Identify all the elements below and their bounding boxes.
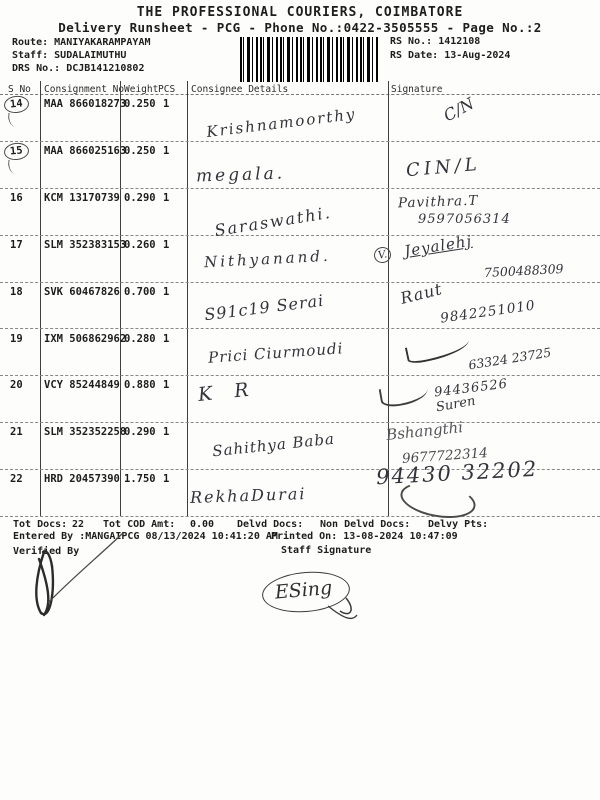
pcs-value: 1 <box>163 145 169 157</box>
signature-handwriting: 7500488309 <box>484 261 564 280</box>
consignment-number: HRD 20457390 <box>44 473 120 485</box>
weight-value: 0.280 <box>124 333 156 345</box>
entered-by-line: Entered By :MANGAIPCG 08/13/2024 10:41:2… <box>13 531 278 542</box>
weight-value: 0.880 <box>124 379 156 391</box>
consignment-number: MAA 866018273 <box>44 98 126 110</box>
consignment-number: SLM 352383153 <box>44 239 126 251</box>
pcs-value: 1 <box>163 98 169 110</box>
pcs-value: 1 <box>163 192 169 204</box>
serial-number: 18 <box>10 286 23 298</box>
pcs-value: 1 <box>163 473 169 485</box>
consignment-number: SVK 60467826 <box>44 286 120 298</box>
drs-line: DRS No.: DCJB141210802 <box>12 63 144 74</box>
staff-signature-handwriting: ESing <box>274 577 333 604</box>
signature-handwriting: Jeyalehj <box>403 231 473 259</box>
consignee-handwriting: RekhaDurai <box>190 484 307 507</box>
rs-date-line: RS Date: 13-Aug-2024 <box>390 50 510 61</box>
rs-no-value: 1412108 <box>438 36 480 47</box>
weight-value: 0.290 <box>124 192 156 204</box>
consignment-number: VCY 85244849 <box>44 379 120 391</box>
serial-number: 19 <box>10 333 23 345</box>
consignment-number: SLM 352352258 <box>44 426 126 438</box>
serial-number: 15 <box>3 142 29 161</box>
signature-handwriting: V. <box>373 245 393 264</box>
signature-handwriting: 9597056314 <box>418 212 511 227</box>
signature-cell: 94436526Suren <box>388 375 600 422</box>
weight-value: 0.250 <box>124 145 156 157</box>
weight-value: 0.290 <box>124 426 156 438</box>
signature-cell: CIN/L <box>388 141 600 188</box>
drs-label: DRS No.: <box>12 63 60 74</box>
staff-signature-circle: ESing <box>260 568 351 616</box>
serial-number: 16 <box>10 192 23 204</box>
signature-handwriting: 63324 23725 <box>467 344 552 372</box>
table-row: 20 VCY 85244849 0.880 1 K R 94436526Sure… <box>0 375 600 423</box>
signature-handwriting: CIN/L <box>405 154 481 181</box>
signature-scribble <box>379 381 430 409</box>
consignee-handwriting: Nithyanand. <box>204 246 331 271</box>
pcs-value: 1 <box>163 286 169 298</box>
serial-number: 14 <box>3 95 29 114</box>
signature-cell: 63324 23725 <box>388 329 600 376</box>
signature-handwriting: C/N <box>440 94 477 126</box>
consignment-number: KCM 13170739 <box>44 192 120 204</box>
serial-number: 20 <box>10 379 23 391</box>
serial-number: 21 <box>10 426 23 438</box>
consignment-number: IXM 506862962 <box>44 333 126 345</box>
serial-number: 22 <box>10 473 23 485</box>
runsheet-barcode <box>240 37 378 82</box>
runsheet-subtitle: Delivery Runsheet - PCG - Phone No.:0422… <box>0 20 600 35</box>
signature-handwriting: Bshangthi <box>385 418 464 444</box>
table-row: 16 KCM 13170739 0.290 1 Saraswathi. Pavi… <box>0 188 600 236</box>
staff-value: SUDALAIMUTHU <box>54 50 126 61</box>
route-line: Route: MANIYAKARAMPAYAM <box>12 37 150 48</box>
non-delvd-docs-label: Non Delvd Docs: <box>320 519 410 530</box>
signature-handwriting: Raut <box>398 279 444 308</box>
consignee-handwriting: S91c19 Serai <box>203 290 325 324</box>
printed-on-line: Printed On: 13-08-2024 10:47:09 <box>271 531 458 542</box>
tot-docs-value: 22 <box>72 519 84 530</box>
consignee-handwriting: Prici Ciurmoudi <box>208 339 344 366</box>
signature-cell: V.Jeyalehj7500488309 <box>388 235 600 282</box>
consignment-number: MAA 866025163 <box>44 145 126 157</box>
tot-cod-label: Tot COD Amt: <box>103 519 175 530</box>
table-row: 22 HRD 20457390 1.750 1 RekhaDurai 94430… <box>0 469 600 517</box>
company-title: THE PROFESSIONAL COURIERS, COIMBATORE <box>0 5 600 20</box>
drs-value: DCJB141210802 <box>66 63 144 74</box>
signature-handwriting: Pavithra.T <box>398 192 479 211</box>
table-row: 19 IXM 506862962 0.280 1 Prici Ciurmoudi… <box>0 329 600 377</box>
tot-docs-label: Tot Docs: <box>13 519 67 530</box>
consignee-handwriting: K R <box>197 378 258 406</box>
pcs-value: 1 <box>163 379 169 391</box>
signature-cell: Pavithra.T9597056314 <box>388 188 600 235</box>
weight-value: 1.750 <box>124 473 156 485</box>
signature-scribble <box>405 334 471 365</box>
consignee-handwriting: Krishnamoorthy <box>205 105 357 141</box>
rs-date-label: RS Date: <box>390 50 438 61</box>
weight-value: 0.260 <box>124 239 156 251</box>
tot-cod-value: 0.00 <box>190 519 214 530</box>
route-label: Route: <box>12 37 48 48</box>
consignee-handwriting: megala. <box>196 163 286 186</box>
staff-line: Staff: SUDALAIMUTHU <box>12 50 126 61</box>
staff-signature-label: Staff Signature <box>281 545 371 556</box>
rs-no-line: RS No.: 1412108 <box>390 36 480 47</box>
staff-label: Staff: <box>12 50 48 61</box>
signature-handwriting: 9842251010 <box>439 297 536 326</box>
signature-cell: 94430 32202 <box>388 469 600 516</box>
scanned-delivery-runsheet: THE PROFESSIONAL COURIERS, COIMBATORE De… <box>0 0 600 800</box>
signature-cell: C/N <box>388 94 600 141</box>
weight-value: 0.250 <box>124 98 156 110</box>
weight-value: 0.700 <box>124 286 156 298</box>
delvd-docs-label: Delvd Docs: <box>237 519 303 530</box>
pcs-value: 1 <box>163 239 169 251</box>
route-value: MANIYAKARAMPAYAM <box>54 37 150 48</box>
rs-no-label: RS No.: <box>390 36 432 47</box>
table-header-row: S No Consignment No Weight PCS Consignee… <box>0 81 600 95</box>
pcs-value: 1 <box>163 333 169 345</box>
table-row: 17 SLM 352383153 0.260 1 Nithyanand. V.J… <box>0 235 600 283</box>
rs-date-value: 13-Aug-2024 <box>444 50 510 61</box>
table-row: 14 MAA 866018273 0.250 1 Krishnamoorthy … <box>0 94 600 142</box>
serial-number: 17 <box>10 239 23 251</box>
table-row: 15 MAA 866025163 0.250 1 megala. CIN/L <box>0 141 600 189</box>
signature-cell: Raut9842251010 <box>388 282 600 329</box>
consignee-handwriting: Sahithya Baba <box>211 430 335 461</box>
delvy-pts-label: Delvy Pts: <box>428 519 488 530</box>
table-row: 18 SVK 60467826 0.700 1 S91c19 Serai Rau… <box>0 282 600 330</box>
pcs-value: 1 <box>163 426 169 438</box>
verified-by-label: Verified By <box>13 546 79 557</box>
